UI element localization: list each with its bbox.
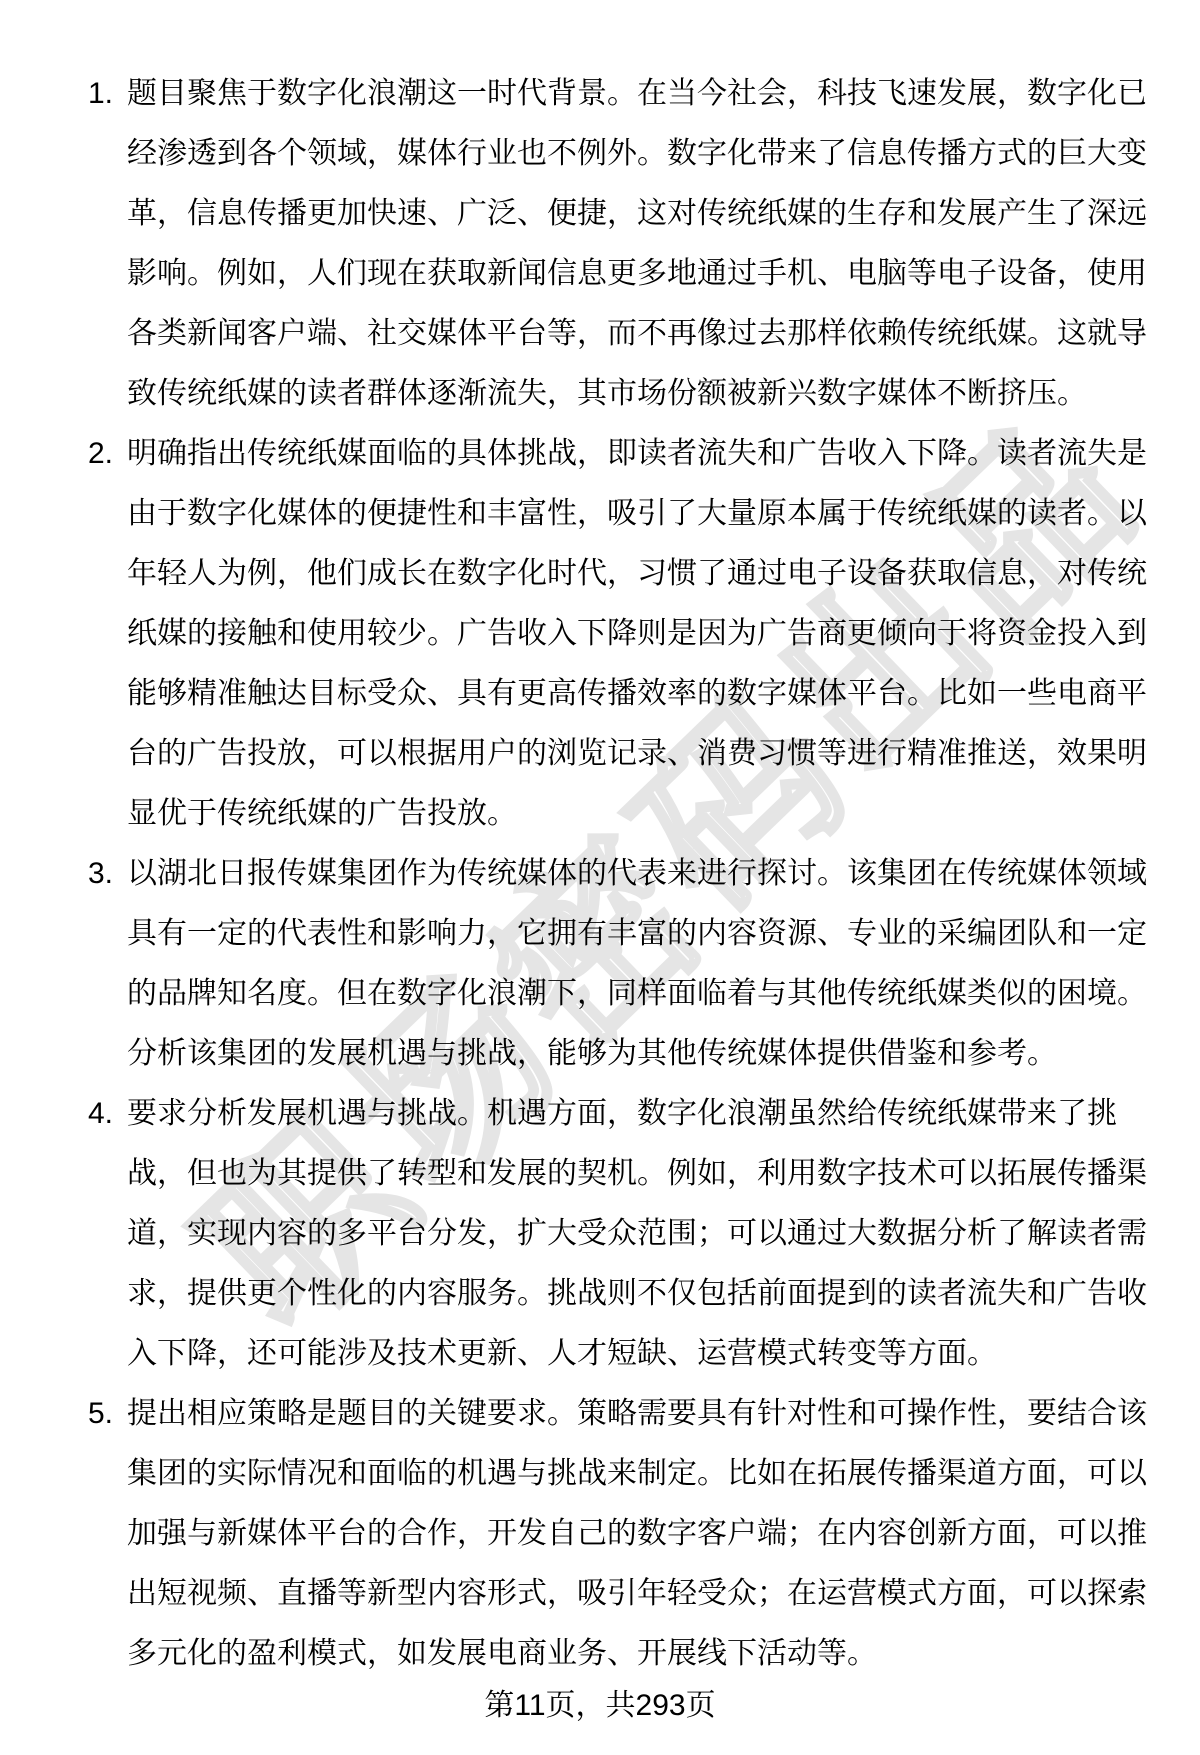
text-line: 能够精准触达目标受众、具有更高传播效率的数字媒体平台。比如一些电商平 [127, 664, 1148, 724]
text-line: 多元化的盈利模式，如发展电商业务、开展线下活动等。 [127, 1624, 1148, 1684]
item-number: 4. [88, 1084, 127, 1144]
text-line: 集团的实际情况和面临的机遇与挑战来制定。比如在拓展传播渠道方面，可以 [127, 1444, 1148, 1504]
text-line: 题目聚焦于数字化浪潮这一时代背景。在当今社会，科技飞速发展，数字化已 [127, 64, 1148, 124]
list-item: 2. 明确指出传统纸媒面临的具体挑战，即读者流失和广告收入下降。读者流失是由于数… [88, 424, 1148, 844]
text-line: 明确指出传统纸媒面临的具体挑战，即读者流失和广告收入下降。读者流失是 [127, 424, 1148, 484]
item-text: 明确指出传统纸媒面临的具体挑战，即读者流失和广告收入下降。读者流失是由于数字化媒… [127, 424, 1148, 844]
text-line: 纸媒的接触和使用较少。广告收入下降则是因为广告商更倾向于将资金投入到 [127, 604, 1148, 664]
text-line: 经渗透到各个领域，媒体行业也不例外。数字化带来了信息传播方式的巨大变 [127, 124, 1148, 184]
text-line: 道，实现内容的多平台分发，扩大受众范围；可以通过大数据分析了解读者需 [127, 1204, 1148, 1264]
item-text: 题目聚焦于数字化浪潮这一时代背景。在当今社会，科技飞速发展，数字化已经渗透到各个… [127, 64, 1148, 424]
item-text: 以湖北日报传媒集团作为传统媒体的代表来进行探讨。该集团在传统媒体领域具有一定的代… [127, 844, 1148, 1084]
document-page: 职场密码出品 1. 题目聚焦于数字化浪潮这一时代背景。在当今社会，科技飞速发展，… [0, 0, 1200, 1755]
text-line: 要求分析发展机遇与挑战。机遇方面，数字化浪潮虽然给传统纸媒带来了挑 [127, 1084, 1148, 1144]
item-number: 5. [88, 1384, 127, 1444]
list-item: 1. 题目聚焦于数字化浪潮这一时代背景。在当今社会，科技飞速发展，数字化已经渗透… [88, 64, 1148, 424]
text-line: 显优于传统纸媒的广告投放。 [127, 784, 1148, 844]
numbered-list: 1. 题目聚焦于数字化浪潮这一时代背景。在当今社会，科技飞速发展，数字化已经渗透… [88, 64, 1148, 1684]
item-number: 1. [88, 64, 127, 124]
text-line: 分析该集团的发展机遇与挑战，能够为其他传统媒体提供借鉴和参考。 [127, 1024, 1148, 1084]
item-text: 要求分析发展机遇与挑战。机遇方面，数字化浪潮虽然给传统纸媒带来了挑战，但也为其提… [127, 1084, 1148, 1384]
list-item: 4. 要求分析发展机遇与挑战。机遇方面，数字化浪潮虽然给传统纸媒带来了挑战，但也… [88, 1084, 1148, 1384]
text-line: 各类新闻客户端、社交媒体平台等，而不再像过去那样依赖传统纸媒。这就导 [127, 304, 1148, 364]
item-number: 3. [88, 844, 127, 904]
text-line: 影响。例如，人们现在获取新闻信息更多地通过手机、电脑等电子设备，使用 [127, 244, 1148, 304]
text-line: 求，提供更个性化的内容服务。挑战则不仅包括前面提到的读者流失和广告收 [127, 1264, 1148, 1324]
list-item: 5. 提出相应策略是题目的关键要求。策略需要具有针对性和可操作性，要结合该集团的… [88, 1384, 1148, 1684]
text-line: 加强与新媒体平台的合作，开发自己的数字客户端；在内容创新方面，可以推 [127, 1504, 1148, 1564]
text-line: 提出相应策略是题目的关键要求。策略需要具有针对性和可操作性，要结合该 [127, 1384, 1148, 1444]
text-line: 年轻人为例，他们成长在数字化时代，习惯了通过电子设备获取信息，对传统 [127, 544, 1148, 604]
text-line: 出短视频、直播等新型内容形式，吸引年轻受众；在运营模式方面，可以探索 [127, 1564, 1148, 1624]
text-line: 入下降，还可能涉及技术更新、人才短缺、运营模式转变等方面。 [127, 1324, 1148, 1384]
text-line: 革，信息传播更加快速、广泛、便捷，这对传统纸媒的生存和发展产生了深远 [127, 184, 1148, 244]
text-line: 台的广告投放，可以根据用户的浏览记录、消费习惯等进行精准推送，效果明 [127, 724, 1148, 784]
text-line: 战，但也为其提供了转型和发展的契机。例如，利用数字技术可以拓展传播渠 [127, 1144, 1148, 1204]
item-number: 2. [88, 424, 127, 484]
item-text: 提出相应策略是题目的关键要求。策略需要具有针对性和可操作性，要结合该集团的实际情… [127, 1384, 1148, 1684]
page-number-indicator: 第11页，共293页 [0, 1684, 1200, 1728]
text-line: 致传统纸媒的读者群体逐渐流失，其市场份额被新兴数字媒体不断挤压。 [127, 364, 1148, 424]
text-line: 以湖北日报传媒集团作为传统媒体的代表来进行探讨。该集团在传统媒体领域 [127, 844, 1148, 904]
text-line: 具有一定的代表性和影响力，它拥有丰富的内容资源、专业的采编团队和一定 [127, 904, 1148, 964]
text-line: 由于数字化媒体的便捷性和丰富性，吸引了大量原本属于传统纸媒的读者。以 [127, 484, 1148, 544]
list-item: 3. 以湖北日报传媒集团作为传统媒体的代表来进行探讨。该集团在传统媒体领域具有一… [88, 844, 1148, 1084]
text-line: 的品牌知名度。但在数字化浪潮下，同样面临着与其他传统纸媒类似的困境。 [127, 964, 1148, 1024]
